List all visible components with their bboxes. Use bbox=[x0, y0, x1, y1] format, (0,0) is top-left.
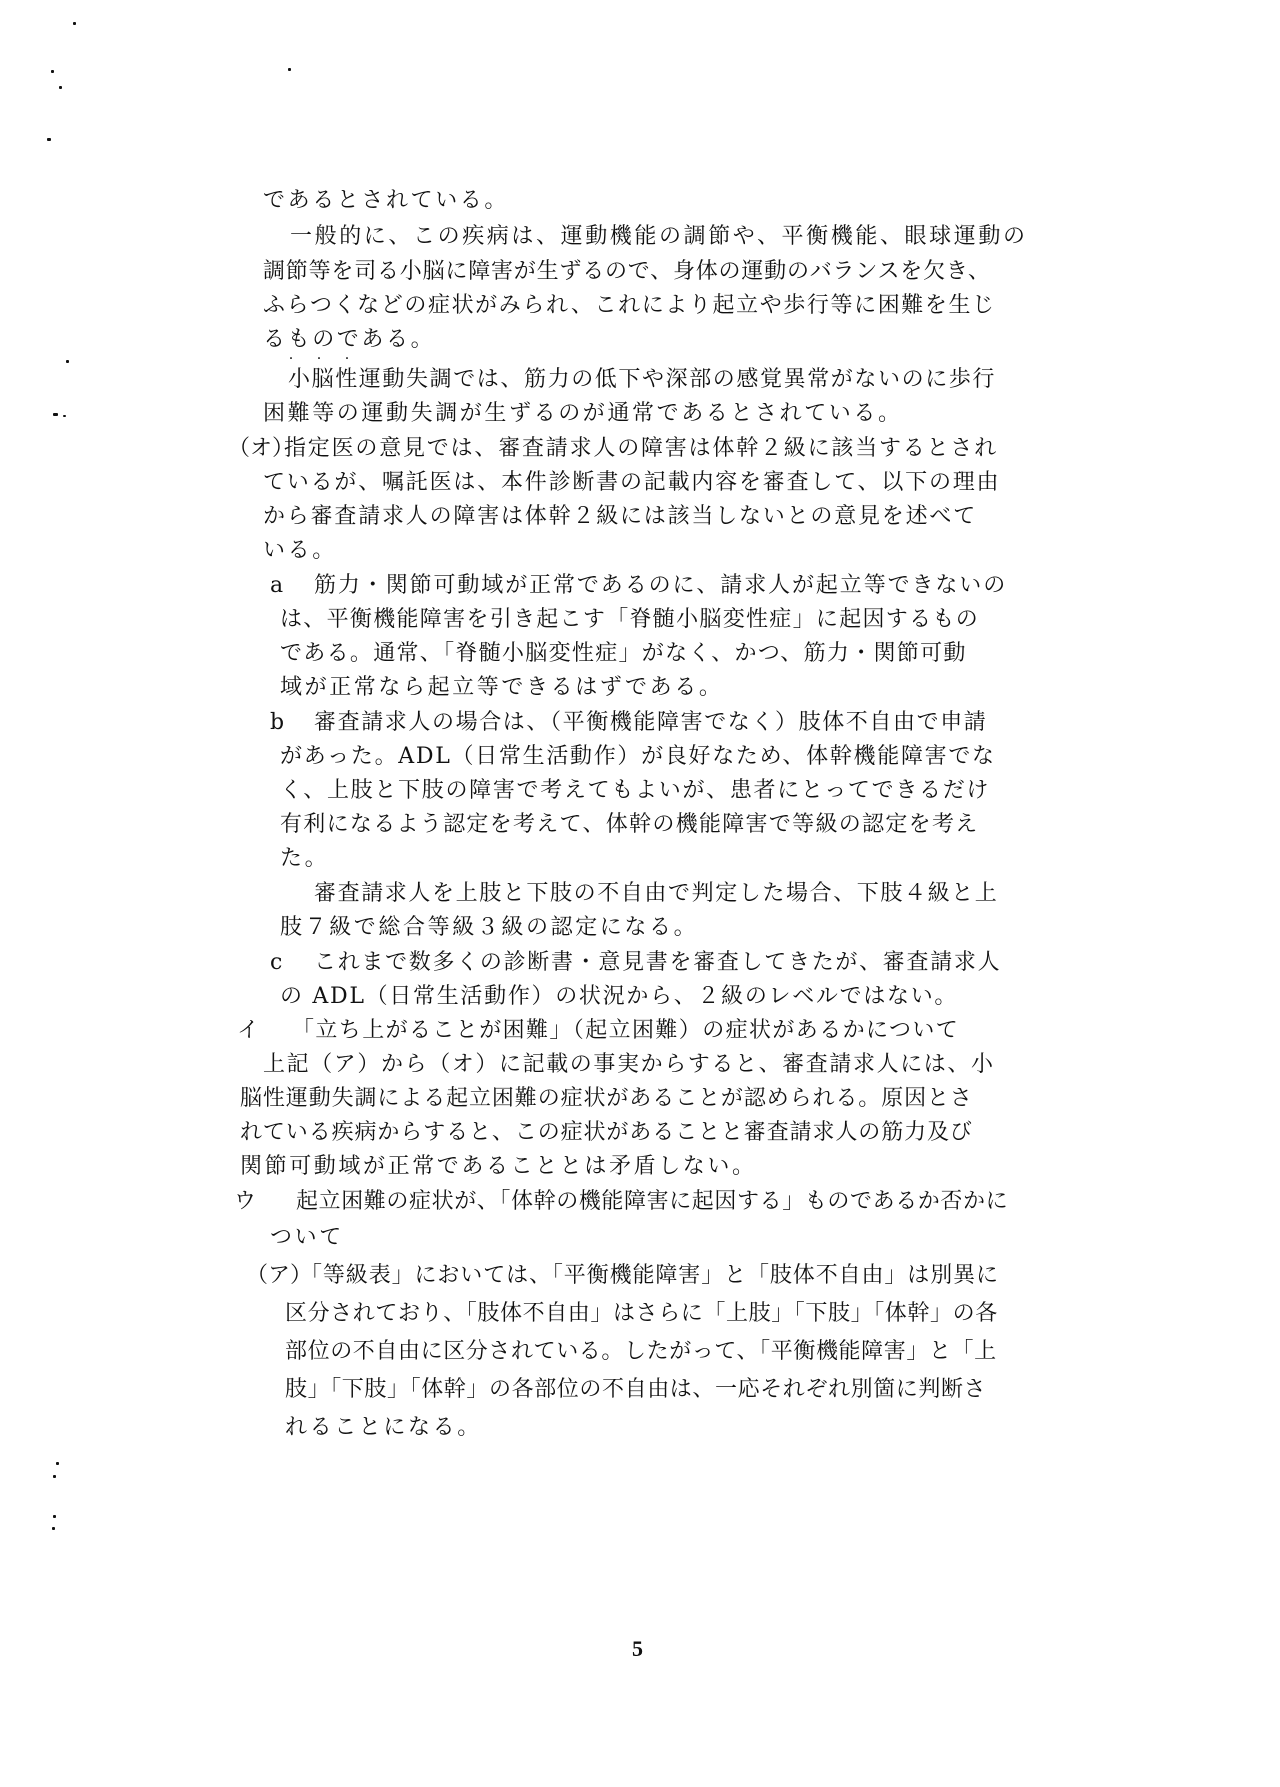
text-line: であるとされている。 bbox=[263, 188, 509, 214]
text-line: の ADL（日常生活動作）の状況から、２級のレベルではない。 bbox=[280, 984, 958, 1010]
text-line: 部位の不自由に区分されている。したがって、「平衡機能障害」と「上 bbox=[285, 1339, 997, 1365]
scan-speck bbox=[63, 415, 66, 417]
item-label-a: a bbox=[270, 573, 283, 599]
emphasis-dots: ・・・ bbox=[286, 355, 370, 365]
text-line: 小脳性運動失調では、筋力の低下や深部の感覚異常がないのに歩行 bbox=[288, 367, 996, 393]
text-line: である。通常、「脊髄小脳変性症」がなく、かつ、筋力・関節可動 bbox=[280, 641, 967, 667]
text-line: から審査請求人の障害は体幹２級には該当しないとの意見を述べて bbox=[263, 504, 977, 530]
text-line: 関節可動域が正常であることとは矛盾しない。 bbox=[240, 1154, 757, 1180]
text-line: るものである。 bbox=[263, 327, 435, 353]
item-label-b: b bbox=[270, 710, 284, 736]
scan-speck bbox=[53, 413, 58, 416]
scan-speck bbox=[52, 1527, 55, 1530]
text-line: れることになる。 bbox=[285, 1415, 482, 1441]
text-line: があった。ADL（日常生活動作）が良好なため、体幹機能障害でな bbox=[280, 744, 996, 770]
text-line: 一般的に、この疾病は、運動機能の調節や、平衡機能、眼球運動の bbox=[290, 224, 1028, 250]
text-line: 審査請求人の場合は、（平衡機能障害でなく）肢体不自由で申請 bbox=[314, 710, 987, 736]
scan-speck bbox=[53, 1515, 56, 1518]
scan-speck bbox=[47, 138, 51, 141]
text-line: 有利になるよう認定を考えて、体幹の機能障害で等級の認定を考え bbox=[280, 812, 979, 838]
text-line: 困難等の運動失調が生ずるのが通常であるとされている。 bbox=[263, 401, 903, 427]
text-line: れている疾病からすると、この症状があることと審査請求人の筋力及び bbox=[240, 1120, 973, 1146]
text-line: 域が正常なら起立等できるはずである。 bbox=[280, 675, 723, 701]
text-line: 「立ち上がることが困難」（起立困難）の症状があるかについて bbox=[292, 1018, 959, 1044]
item-label-u: ウ bbox=[234, 1189, 256, 1215]
text-line: 筋力・関節可動域が正常であるのに、請求人が起立等できないの bbox=[314, 573, 1007, 599]
scan-speck bbox=[51, 70, 54, 73]
text-line: 指定医の意見では、審査請求人の障害は体幹２級に該当するとされ bbox=[284, 436, 998, 462]
text-line: く、上肢と下肢の障害で考えてもよいが、患者にとってできるだけ bbox=[280, 778, 990, 804]
text-line: 区分されており、「肢体不自由」はさらに「上肢」「下肢」「体幹」の各 bbox=[285, 1301, 998, 1327]
item-label-c: c bbox=[270, 950, 282, 976]
scan-speck bbox=[288, 68, 291, 71]
scan-speck bbox=[56, 1462, 59, 1465]
text-line: 起立困難の症状が、「体幹の機能障害に起因する」ものであるか否かに bbox=[296, 1189, 1008, 1215]
text-line: 肢」「下肢」「体幹」の各部位の不自由は、一応それぞれ別箇に判断さ bbox=[285, 1377, 986, 1403]
scan-speck bbox=[53, 1475, 56, 1478]
text-line: 肢７級で総合等級３級の認定になる。 bbox=[280, 915, 698, 941]
text-line: 審査請求人を上肢と下肢の不自由で判定した場合、下肢４級と上 bbox=[314, 881, 998, 907]
scan-speck bbox=[73, 22, 76, 25]
text-line: 脳性運動失調による起立困難の症状があることが認められる。原因とさ bbox=[240, 1086, 973, 1112]
text-line: 「等級表」においては、「平衡機能障害」と「肢体不自由」は別異に bbox=[300, 1263, 999, 1289]
scan-speck bbox=[59, 86, 62, 89]
document-page: であるとされている。 一般的に、この疾病は、運動機能の調節や、平衡機能、眼球運動… bbox=[0, 0, 1280, 1787]
text-line: これまで数多くの診断書・意見書を審査してきたが、審査請求人 bbox=[314, 950, 1001, 976]
text-line: た。 bbox=[280, 846, 329, 872]
scan-speck bbox=[66, 360, 69, 363]
text-line: ているが、嘱託医は、本件診断書の記載内容を審査して、以下の理由 bbox=[263, 470, 1000, 496]
text-line: いる。 bbox=[263, 538, 337, 564]
item-label-i: イ bbox=[237, 1018, 259, 1044]
text-line: ついて bbox=[270, 1225, 344, 1251]
text-line: ふらつくなどの症状がみられ、これにより起立や歩行等に困難を生じ bbox=[263, 293, 996, 319]
text-line: 調節等を司る小脳に障害が生ずるので、身体の運動のバランスを欠き、 bbox=[263, 259, 991, 285]
text-line: 上記（ア）から（オ）に記載の事実からすると、審査請求人には、小 bbox=[263, 1052, 995, 1078]
text-line: は、平衡機能障害を引き起こす「脊髄小脳変性症」に起因するもの bbox=[280, 607, 979, 633]
page-number: 5 bbox=[632, 1636, 643, 1662]
